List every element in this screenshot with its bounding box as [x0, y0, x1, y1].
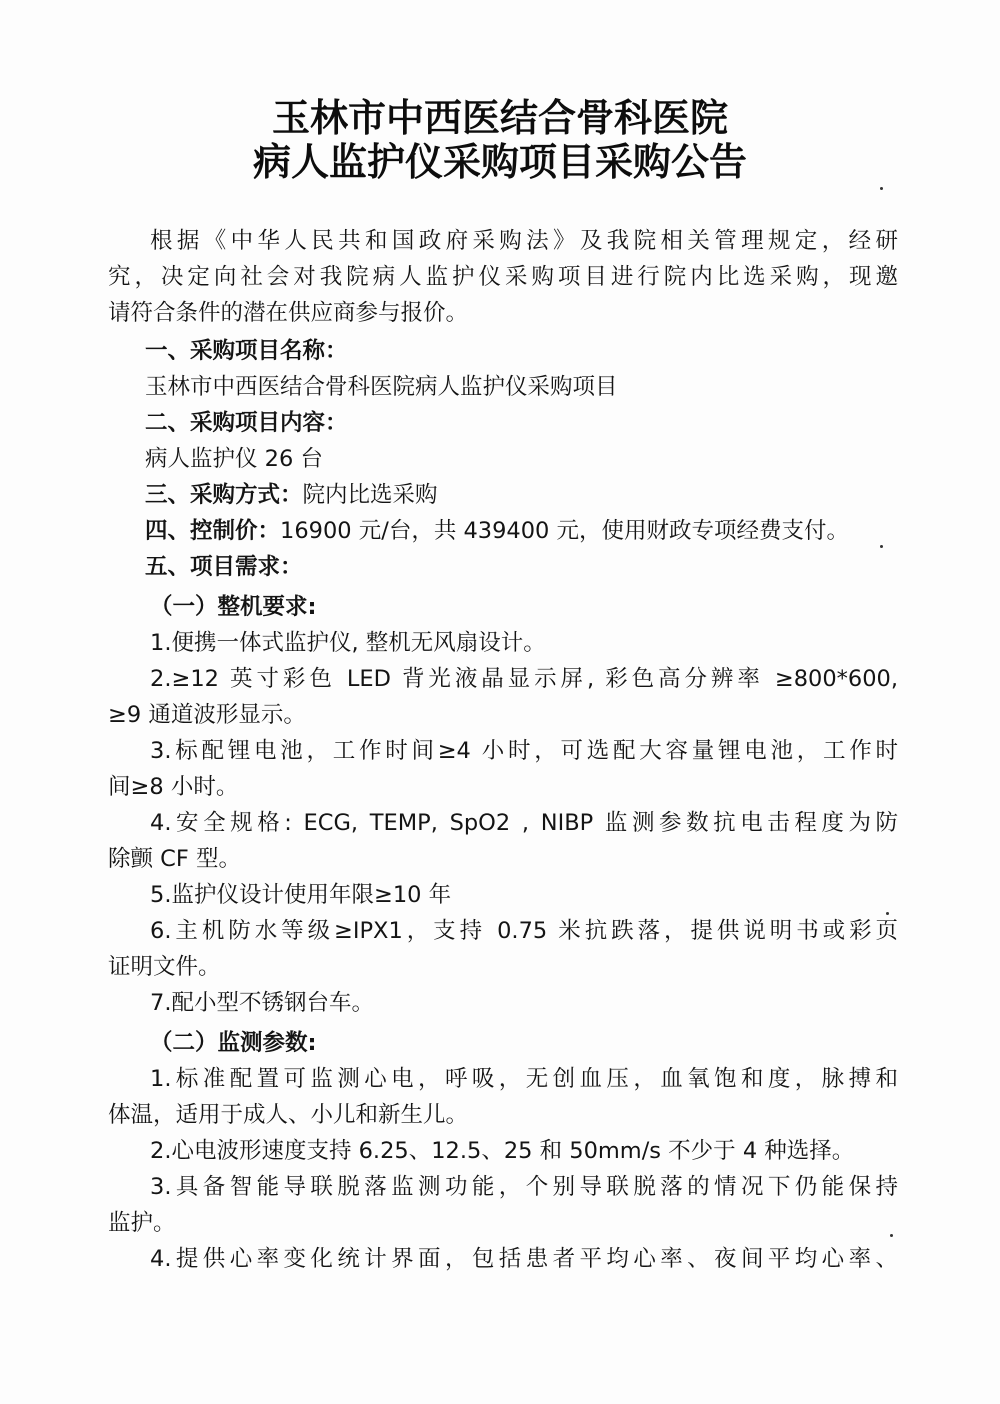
req-2-1-line2: 体温，适用于成人、小儿和新生儿。	[108, 1100, 898, 1130]
req-1-6-line1: 6.主机防水等级≥IPX1，支持 0.75 米抗跌落，提供说明书或彩页	[150, 916, 898, 946]
req-1-4-line1: 4.安全规格: ECG, TEMP, SpO2 , NIBP 监测参数抗电击程度…	[150, 808, 898, 838]
document-title-line2: 病人监护仪采购项目采购公告	[0, 140, 1000, 184]
intro-line-1: 根据《中华人民共和国政府采购法》及我院相关管理规定，经研	[150, 226, 898, 256]
section-1-heading: 一、采购项目名称：	[145, 336, 893, 366]
req-1-5: 5.监护仪设计使用年限≥10 年	[150, 880, 898, 910]
section-4-heading: 四、控制价：	[145, 518, 280, 544]
section-3-heading: 三、采购方式：	[145, 482, 303, 508]
group-2-heading: （二）监测参数:	[150, 1028, 940, 1058]
section-5-heading: 五、项目需求：	[145, 552, 935, 582]
group-1-heading: （一）整机要求:	[150, 592, 940, 622]
req-1-6-line2: 证明文件。	[108, 952, 898, 982]
req-1-3-line2: 间≥8 小时。	[108, 772, 898, 802]
document-page: 玉林市中西医结合骨科医院 病人监护仪采购项目采购公告 根据《中华人民共和国政府采…	[0, 0, 1000, 1404]
req-2-3-line1: 3.具备智能导联脱落监测功能，个别导联脱落的情况下仍能保持	[150, 1172, 898, 1202]
req-2-2: 2.心电波形速度支持 6.25、12.5、25 和 50mm/s 不少于 4 种…	[150, 1136, 898, 1166]
req-2-3-line2: 监护。	[108, 1208, 898, 1238]
req-2-1-line1: 1.标准配置可监测心电，呼吸，无创血压，血氧饱和度，脉搏和	[150, 1064, 898, 1094]
section-4: 四、控制价：16900 元/台，共 439400 元，使用财政专项经费支付。	[145, 516, 935, 546]
intro-line-2: 究，决定向社会对我院病人监护仪采购项目进行院内比选采购，现邀	[108, 262, 898, 292]
req-2-4-line1: 4.提供心率变化统计界面，包括患者平均心率、夜间平均心率、	[150, 1244, 898, 1274]
req-1-7: 7.配小型不锈钢台车。	[150, 988, 898, 1018]
document-title-line1: 玉林市中西医结合骨科医院	[0, 96, 1000, 140]
section-3: 三、采购方式：院内比选采购	[145, 480, 935, 510]
scan-speck	[886, 912, 889, 915]
section-4-value: 16900 元/台，共 439400 元，使用财政专项经费支付。	[280, 518, 849, 544]
req-1-1: 1.便携一体式监护仪, 整机无风扇设计。	[150, 628, 898, 658]
req-1-2-line1: 2.≥12 英寸彩色 LED 背光液晶显示屏, 彩色高分辨率 ≥800*600,	[150, 664, 898, 694]
req-1-3-line1: 3.标配锂电池，工作时间≥4 小时，可选配大容量锂电池，工作时	[150, 736, 898, 766]
section-3-value: 院内比选采购	[303, 482, 438, 508]
scan-speck	[880, 545, 883, 548]
section-2-heading: 二、采购项目内容：	[145, 408, 893, 438]
intro-line-3: 请符合条件的潜在供应商参与报价。	[108, 298, 898, 328]
section-2-value: 病人监护仪 26 台	[145, 444, 935, 474]
req-1-4-line2: 除颤 CF 型。	[108, 844, 898, 874]
scan-speck	[880, 187, 883, 190]
scan-speck	[890, 1234, 893, 1237]
req-1-2-line2: ≥9 通道波形显示。	[108, 700, 898, 730]
section-1-value: 玉林市中西医结合骨科医院病人监护仪采购项目	[145, 372, 935, 402]
